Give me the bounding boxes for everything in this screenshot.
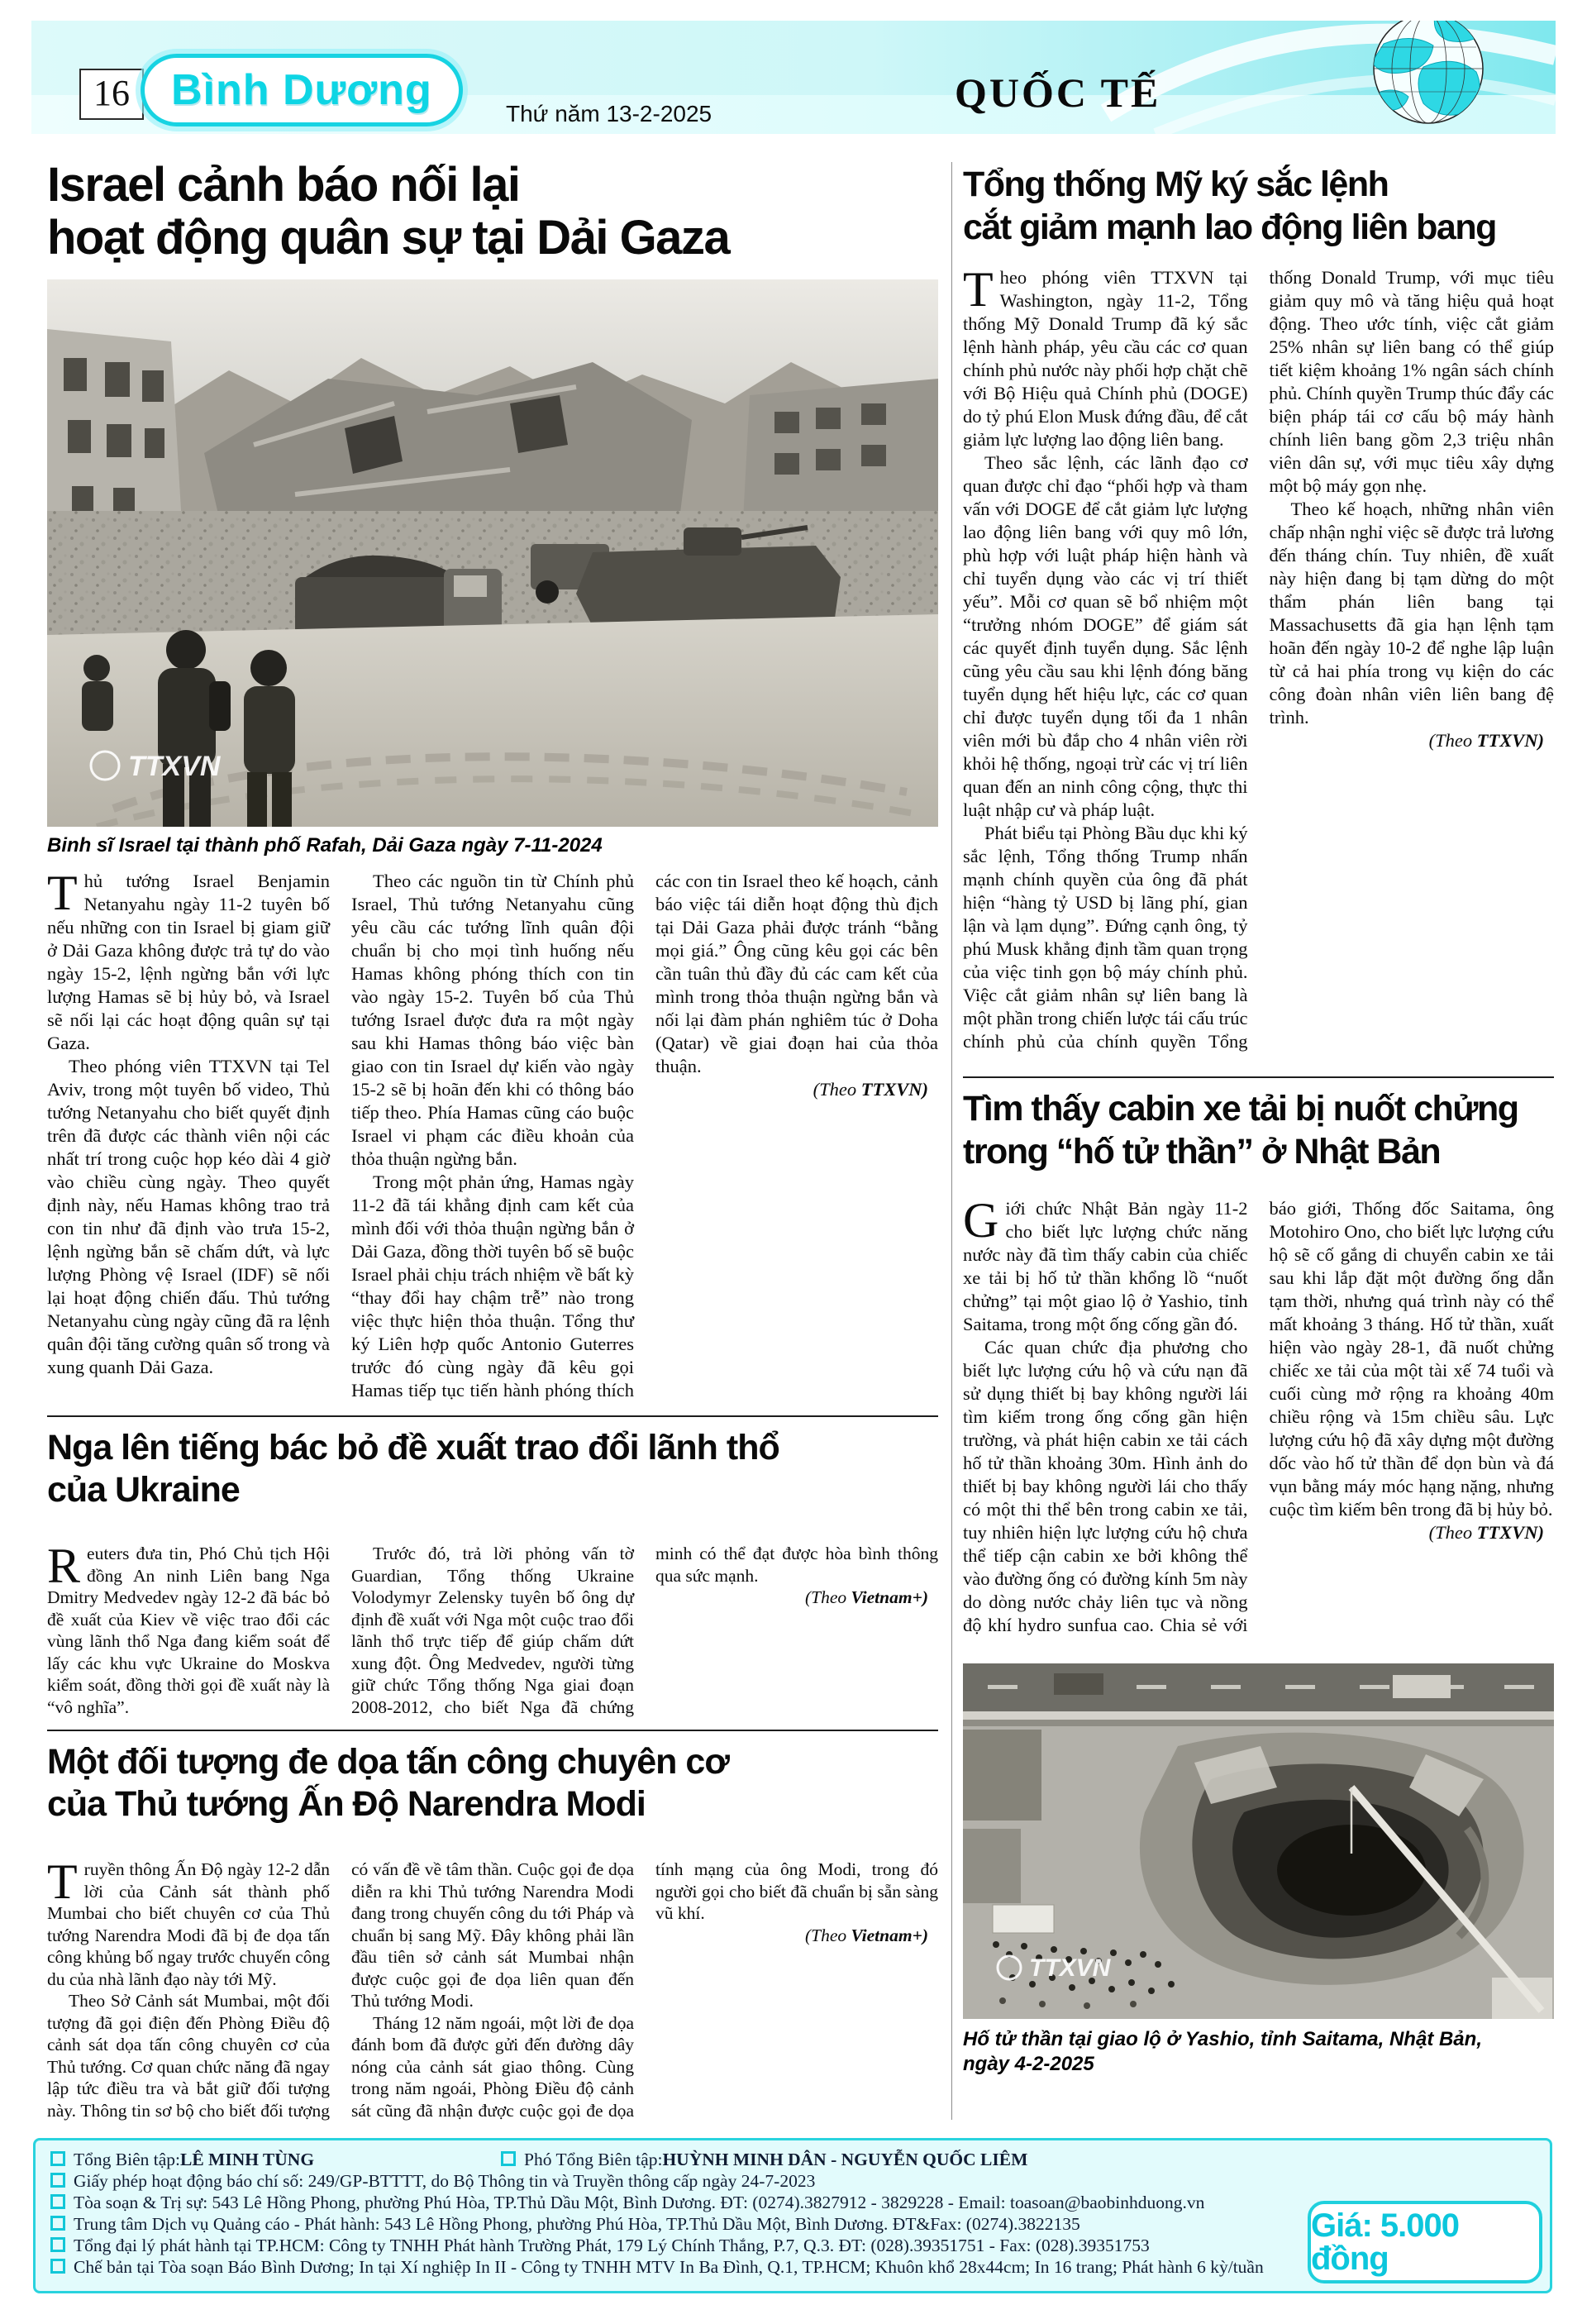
dropcap: T — [47, 870, 84, 913]
newspaper-page: 16 Bình Dương Thứ năm 13-2-2025 QUỐC TẾ … — [0, 0, 1587, 2324]
section-divider — [47, 1730, 938, 1731]
article-japan-body: Giới chức Nhật Bản ngày 11-2 cho biết lự… — [963, 1197, 1554, 1654]
dropcap: T — [963, 266, 1000, 309]
attribution: (Theo TTXVN) — [1270, 729, 1555, 752]
paragraph: Theo phóng viên TTXVN tại Washington, ng… — [963, 266, 1248, 451]
article-us-body: Theo phóng viên TTXVN tại Washington, ng… — [963, 266, 1554, 1065]
page-number: 16 — [79, 69, 144, 120]
article-india-body: Truyền thông Ấn Độ ngày 12-2 dẫn lời của… — [47, 1859, 938, 2125]
article-japan-headline: Tìm thấy cabin xe tải bị nuốt chửng tron… — [963, 1088, 1554, 1173]
attribution: (Theo Vietnam+) — [655, 1925, 938, 1947]
attribution-source: TTXVN) — [1477, 730, 1544, 751]
square-bullet-icon — [50, 2216, 65, 2231]
paragraph: Theo các nguồn tin từ Chính phủ Israel, … — [351, 870, 634, 1171]
square-bullet-icon — [50, 2194, 65, 2209]
article-russia-headline: Nga lên tiếng bác bỏ đề xuất trao đổi lã… — [47, 1427, 940, 1510]
masthead: 16 Bình Dương Thứ năm 13-2-2025 QUỐC TẾ — [31, 21, 1556, 134]
footer-label: Tổng Biên tập: — [74, 2149, 180, 2170]
paragraph-text: heo phóng viên TTXVN tại Washington, ngà… — [963, 267, 1248, 450]
brand-logo: Bình Dương — [141, 54, 463, 126]
square-bullet-icon — [50, 2151, 65, 2166]
article-israel-headline: Israel cảnh báo nối lại hoạt động quân s… — [47, 159, 940, 265]
attribution-prefix: (Theo — [1429, 1522, 1477, 1543]
paragraph-text: ruyền thông Ấn Độ ngày 12-2 dẫn lời của … — [47, 1859, 330, 1989]
attribution-prefix: (Theo — [805, 1587, 851, 1607]
footer-line: Tổng Biên tập: LÊ MINH TÙNG Phó Tổng Biê… — [50, 2149, 1535, 2170]
attribution-prefix: (Theo — [805, 1926, 851, 1945]
footer-name: HUỲNH MINH DÂN - NGUYỄN QUỐC LIÊM — [662, 2149, 1027, 2170]
attribution: (Theo TTXVN) — [1270, 1521, 1555, 1544]
svg-text:TTXVN: TTXVN — [128, 751, 222, 782]
svg-text:TTXVN: TTXVN — [1029, 1954, 1112, 1982]
issue-date: Thứ năm 13-2-2025 — [506, 103, 712, 126]
footer-distribution: Tổng đại lý phát hành tại TP.HCM: Công t… — [74, 2235, 1150, 2256]
square-bullet-icon — [50, 2237, 65, 2252]
paragraph: Trước đó, trả lời phỏng vấn tờ Guardian,… — [351, 1543, 938, 1718]
brand-text: Bình Dương — [171, 69, 432, 112]
article-israel-body: Thủ tướng Israel Benjamin Netanyahu ngày… — [47, 870, 938, 1405]
footer-editor: Tổng Biên tập: LÊ MINH TÙNG — [50, 2149, 501, 2170]
paragraph: Thủ tướng Israel Benjamin Netanyahu ngày… — [47, 870, 330, 1055]
attribution-prefix: (Theo — [813, 1079, 861, 1100]
paragraph: Giới chức Nhật Bản ngày 11-2 cho biết lự… — [963, 1197, 1248, 1336]
dropcap: T — [47, 1859, 84, 1902]
footer-address: Tòa soạn & Trị sự: 543 Lê Hồng Phong, ph… — [74, 2192, 1204, 2213]
paragraph: Theo phóng viên TTXVN tại Tel Aviv, tron… — [47, 1055, 330, 1379]
footer-name: LÊ MINH TÙNG — [180, 2149, 314, 2170]
footer-license: Giấy phép hoạt động báo chí số: 249/GP-B… — [74, 2170, 815, 2192]
paragraph: Theo kế hoạch, những nhân viên chấp nhận… — [1270, 498, 1555, 729]
attribution: (Theo TTXVN) — [655, 1078, 938, 1101]
paragraph: Truyền thông Ấn Độ ngày 12-2 dẫn lời của… — [47, 1859, 330, 1990]
column-rule — [951, 162, 952, 2120]
attribution-source: Vietnam+) — [851, 1926, 929, 1945]
article-israel-photo: TTXVN — [47, 279, 938, 827]
section-title: QUỐC TẾ — [955, 72, 1160, 113]
section-divider — [47, 1415, 938, 1417]
attribution-prefix: (Theo — [1429, 730, 1477, 751]
footer-line: Giấy phép hoạt động báo chí số: 249/GP-B… — [50, 2170, 1535, 2192]
dropcap: R — [47, 1543, 87, 1586]
attribution-source: Vietnam+) — [851, 1587, 929, 1607]
article-japan-caption: Hố tử thần tại giao lộ ở Yashio, tỉnh Sa… — [963, 2027, 1554, 2077]
footer-label: Phó Tổng Biên tập: — [524, 2149, 662, 2170]
footer-deputy-editor: Phó Tổng Biên tập: HUỲNH MINH DÂN - NGUY… — [501, 2149, 1027, 2170]
attribution-source: TTXVN) — [861, 1079, 928, 1100]
attribution-source: TTXVN) — [1477, 1522, 1544, 1543]
footer-advertising: Trung tâm Dịch vụ Quảng cáo - Phát hành:… — [74, 2213, 1080, 2235]
footer-printing: Chế bản tại Tòa soạn Báo Bình Dương; In … — [74, 2256, 1264, 2278]
article-india-headline: Một đối tượng đe dọa tấn công chuyên cơ … — [47, 1741, 940, 1825]
square-bullet-icon — [501, 2151, 516, 2166]
paragraph-text: euters đưa tin, Phó Chủ tịch Hội đồng An… — [47, 1544, 330, 1717]
article-japan-photo: TTXVN — [963, 1663, 1554, 2019]
article-israel-caption: Binh sĩ Israel tại thành phố Rafah, Dải … — [47, 833, 938, 858]
paragraph-text: hủ tướng Israel Benjamin Netanyahu ngày … — [47, 871, 330, 1053]
attribution: (Theo Vietnam+) — [655, 1587, 938, 1609]
dropcap: G — [963, 1197, 1005, 1240]
paragraph: Theo sắc lệnh, các lãnh đạo cơ quan được… — [963, 451, 1248, 822]
article-russia-body: Reuters đưa tin, Phó Chủ tịch Hội đồng A… — [47, 1543, 938, 1718]
section-divider — [963, 1076, 1554, 1078]
square-bullet-icon — [50, 2259, 65, 2274]
paragraph: Reuters đưa tin, Phó Chủ tịch Hội đồng A… — [47, 1543, 330, 1718]
square-bullet-icon — [50, 2173, 65, 2188]
article-us-headline: Tổng thống Mỹ ký sắc lệnh cắt giảm mạnh … — [963, 164, 1554, 249]
paragraph-text: iới chức Nhật Bản ngày 11-2 cho biết lực… — [963, 1198, 1248, 1334]
price-badge: Giá: 5.000 đồng — [1308, 2201, 1542, 2283]
